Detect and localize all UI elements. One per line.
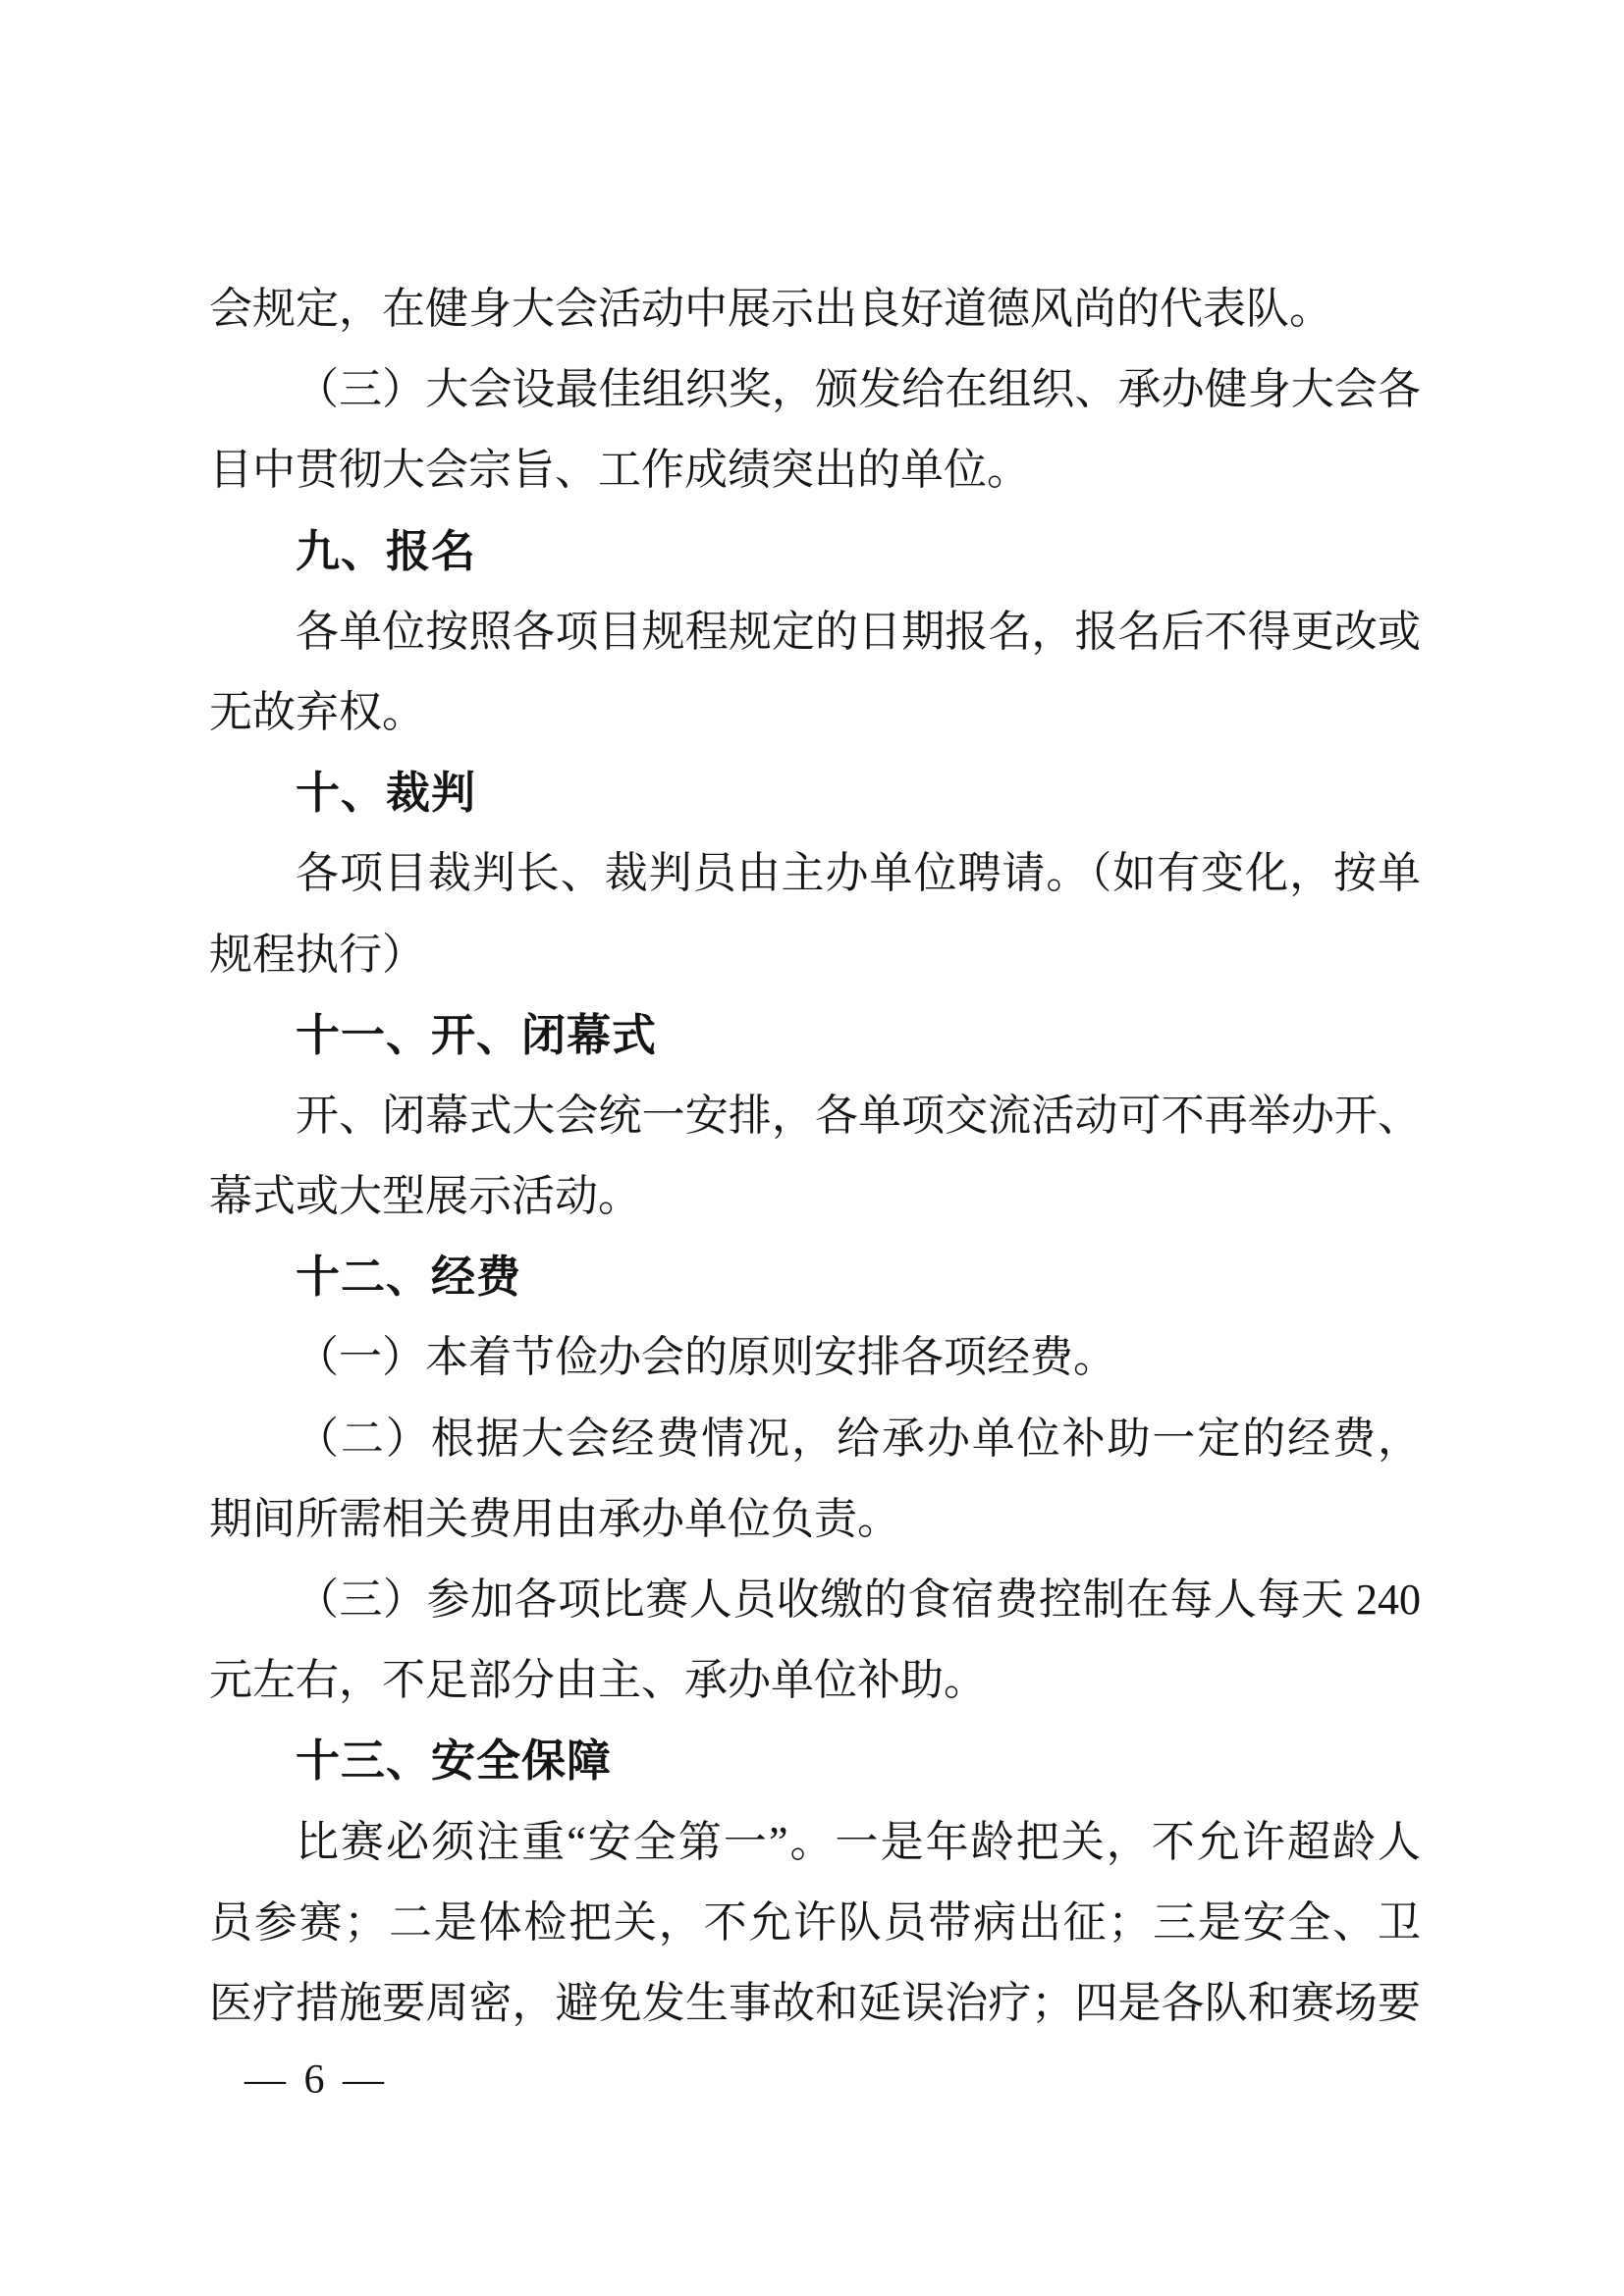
body-text-line: （二）根据大会经费情况，给承办单位补助一定的经费， 比赛 (209, 1399, 1421, 1479)
page-number: — 6 — (244, 2051, 388, 2109)
body-text-line: 期间所需相关费用由承办单位负责。 (209, 1479, 1421, 1560)
section-heading-signup: 九、报名 (209, 511, 1421, 592)
body-text-line: 各单位按照各项目规程规定的日期报名，报名后不得更改或 (209, 592, 1421, 672)
body-text-line: 规程执行） (209, 915, 1421, 995)
body-text-line: （三）大会设最佳组织奖，颁发给在组织、承办健身大会各项 (209, 349, 1421, 430)
body-text-line: 元左右，不足部分由主、承办单位补助。 (209, 1640, 1421, 1721)
document-text-block: 会规定，在健身大会活动中展示出良好道德风尚的代表队。 （三）大会设最佳组织奖，颁… (209, 269, 1421, 2044)
body-text-line: 员参赛；二是体检把关，不允许队员带病出征；三是安全、卫生、 (209, 1883, 1421, 1963)
section-heading-budget: 十二、经费 (209, 1237, 1421, 1317)
body-text-line: 医疗措施要周密，避免发生事故和延误治疗；四是各队和赛场要 (209, 1963, 1421, 2044)
body-text-line: 开、闭幕式大会统一安排，各单项交流活动可不再举办开、闭 (209, 1076, 1421, 1156)
body-text-line: 比赛必须注重“安全第一”。一是年龄把关，不允许超龄人 (209, 1802, 1421, 1883)
document-page: 会规定，在健身大会活动中展示出良好道德风尚的代表队。 （三）大会设最佳组织奖，颁… (0, 0, 1624, 2296)
body-text-line: 会规定，在健身大会活动中展示出良好道德风尚的代表队。 (209, 269, 1421, 349)
body-text-line: 目中贯彻大会宗旨、工作成绩突出的单位。 (209, 430, 1421, 510)
body-text-line: 无故弃权。 (209, 672, 1421, 753)
body-text-line: 各项目裁判长、裁判员由主办单位聘请。（如有变化，按单项 (209, 833, 1421, 914)
section-heading-referee: 十、裁判 (209, 753, 1421, 833)
body-text-line: （三）参加各项比赛人员收缴的食宿费控制在每人每天 240 (209, 1560, 1421, 1640)
body-text-line: 幕式或大型展示活动。 (209, 1156, 1421, 1237)
section-heading-safety: 十三、安全保障 (209, 1721, 1421, 1801)
body-text-line: （一）本着节俭办会的原则安排各项经费。 (209, 1317, 1421, 1398)
section-heading-ceremony: 十一、开、闭幕式 (209, 995, 1421, 1076)
